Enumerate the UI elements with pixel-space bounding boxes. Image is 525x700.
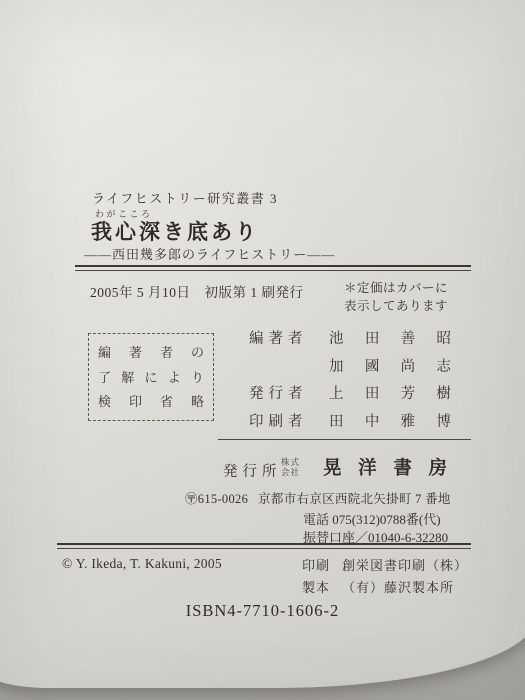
book-colophon-photo: ライフヒストリー研究叢書 3 わがこころ 我心深き底あり ――西田幾多郎のライフ… <box>0 0 525 700</box>
binding-row: 製本 （有）藤沢製本所 <box>302 577 468 599</box>
publisher-phone: 電話 075(312)0788番(代) <box>303 509 441 528</box>
corp-type-line2: 会社 <box>281 468 300 478</box>
price-note-line2: 表示してあります <box>344 297 448 315</box>
credit-row-publisher: 発行者 上田芳樹 <box>249 382 471 410</box>
stamp-box-line1: 編著者の <box>98 341 204 366</box>
credits-list: 編著者 池田善昭 加國尚志 発行者 上田芳樹 印刷者 田中雅博 <box>249 327 471 437</box>
binding-label: 製本 <box>302 577 332 596</box>
stamp-omission-box: 編著者の 了解により 検印省略 <box>88 333 214 421</box>
credit-name: 加國尚志 <box>329 355 451 376</box>
credit-name: 上田芳樹 <box>329 382 451 403</box>
printing-company: 創栄図書印刷（株） <box>342 555 468 574</box>
publisher-corp-type: 株式 会社 <box>281 458 300 478</box>
book-title: 我心深き底あり <box>91 216 259 246</box>
credit-role: 印刷者 <box>249 410 311 431</box>
credit-role: 編著者 <box>249 327 311 348</box>
book-subtitle: ――西田幾多郎のライフヒストリー―― <box>84 244 335 263</box>
binding-company: （有）藤沢製本所 <box>342 577 454 596</box>
copyright-line: © Y. Ikeda, T. Kakuni, 2005 <box>62 556 222 572</box>
stamp-box-line3: 検印省略 <box>98 390 204 415</box>
printing-label: 印刷 <box>302 555 332 574</box>
price-note-line1: ＊定価はカバーに <box>344 279 448 297</box>
isbn-line: ISBN4-7710-1606-2 <box>0 601 525 621</box>
credit-role: 発行者 <box>249 382 311 403</box>
credit-row-editor2: 加國尚志 <box>249 355 471 383</box>
divider-double-top <box>75 265 471 271</box>
address-text: 京都市右京区西院北矢掛町 7 番地 <box>258 492 451 506</box>
credit-row-printer: 印刷者 田中雅博 <box>249 410 471 438</box>
production-credits: 印刷 創栄図書印刷（株） 製本 （有）藤沢製本所 <box>302 555 468 599</box>
printing-row: 印刷 創栄図書印刷（株） <box>302 555 468 577</box>
credit-name: 田中雅博 <box>329 410 451 431</box>
divider-single <box>218 439 471 440</box>
stamp-box-line2: 了解により <box>98 366 204 391</box>
edition-line: 2005年 5 月10日 初版第 1 刷発行 <box>90 281 304 301</box>
publisher-label: 発行所 <box>223 460 282 481</box>
publisher-name: 晃洋書房 <box>323 454 447 480</box>
credit-name: 池田善昭 <box>329 327 451 348</box>
divider-double-bottom <box>57 543 471 549</box>
credit-row-editor1: 編著者 池田善昭 <box>249 327 471 355</box>
publisher-address-line: 〶615-0026京都市右京区西院北矢掛町 7 番地 <box>185 489 451 507</box>
postal-code: 〶615-0026 <box>185 492 248 506</box>
series-title: ライフヒストリー研究叢書 3 <box>92 188 278 207</box>
price-note: ＊定価はカバーに 表示してあります <box>344 279 448 315</box>
